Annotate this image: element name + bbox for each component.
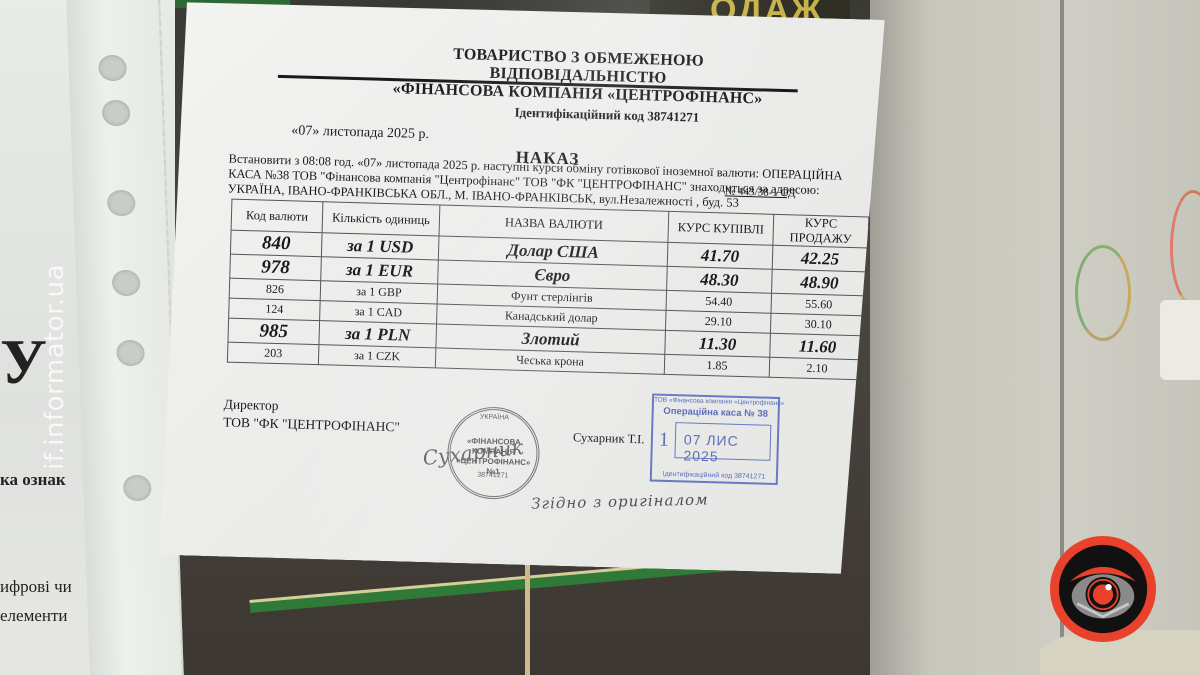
exchange-rate-table: Код валюти Кількість одиниць НАЗВА ВАЛЮТ… — [227, 199, 869, 381]
exchange-rate-notice: ТОВАРИСТВО З ОБМЕЖЕНОЮ ВІДПОВІДАЛЬНІСТЮ … — [160, 0, 885, 575]
currency-code-cell: 978 — [230, 254, 322, 281]
sell-rate-cell: 2.10 — [769, 357, 865, 380]
stamp-desk-label: Операційна каса № 38 — [654, 406, 778, 420]
punch-hole — [98, 55, 127, 81]
eye-logo — [1050, 536, 1156, 642]
units-cell: за 1 EUR — [321, 257, 439, 284]
stamp-date-frame: 07 ЛИС 2025 — [674, 422, 771, 461]
stamp-date: 07 ЛИС 2025 — [683, 431, 770, 465]
background-text-line: ка ознак — [0, 470, 66, 490]
header-units: Кількість одиниць — [322, 202, 440, 236]
director-company: ТОВ "ФК "ЦЕНТРОФІНАНС" — [223, 415, 400, 436]
header-buy-rate: КУРС КУПІВЛІ — [668, 211, 774, 245]
buy-rate-cell: 1.85 — [664, 354, 770, 377]
currency-code-cell: 124 — [229, 298, 321, 321]
watermark: if.informator.ua — [40, 264, 70, 470]
order-date: «07» листопада 2025 р. — [291, 123, 429, 143]
currency-code-cell: 203 — [227, 342, 319, 365]
seal-code: 38741271 — [450, 471, 536, 480]
buy-rate-cell: 48.30 — [667, 266, 773, 293]
buy-rate-cell: 41.70 — [667, 242, 773, 269]
units-cell: за 1 PLN — [319, 321, 437, 348]
seal-top-text: УКРАЇНА — [451, 413, 537, 422]
eye-icon — [1057, 543, 1149, 635]
stamp-ident-code: Ідентифікаційний код 38741271 — [652, 471, 776, 481]
currency-code-cell: 840 — [230, 230, 322, 257]
header-sell-rate: КУРС ПРОДАЖУ — [773, 214, 869, 248]
stamp-number: 1 — [659, 429, 670, 452]
director-label: Директор — [224, 397, 279, 415]
cash-desk-stamp: ТОВ «Фінансова компанія «Центрофінанс» О… — [650, 393, 780, 485]
currency-code-cell: 826 — [229, 278, 321, 301]
white-object — [1160, 300, 1200, 380]
sell-rate-cell: 42.25 — [772, 245, 868, 272]
buy-rate-cell: 11.30 — [665, 330, 771, 357]
company-title: ТОВАРИСТВО З ОБМЕЖЕНОЮ ВІДПОВІДАЛЬНІСТЮ … — [367, 43, 788, 109]
units-cell: за 1 CZK — [318, 345, 436, 368]
units-cell: за 1 USD — [321, 233, 439, 260]
punch-hole — [112, 270, 141, 296]
currency-code-cell: 985 — [228, 318, 320, 345]
sell-rate-cell: 48.90 — [772, 269, 868, 296]
header-currency-code: Код валюти — [231, 199, 323, 233]
sell-rate-cell: 11.60 — [770, 333, 866, 360]
background-text-line: елементи — [0, 606, 68, 626]
punch-hole — [107, 190, 136, 216]
punch-hole — [102, 100, 131, 126]
rubber-band — [1075, 245, 1131, 341]
handwritten-certification: Згідно з оригіналом — [531, 490, 709, 512]
punch-hole — [116, 340, 145, 366]
background-text-line: ифрові чи — [0, 577, 72, 597]
punch-hole — [123, 475, 152, 501]
signer-name: Сухарник Т.І. — [573, 430, 645, 447]
sell-rate-cell: 30.10 — [770, 313, 866, 336]
sell-rate-cell: 55.60 — [771, 293, 867, 316]
